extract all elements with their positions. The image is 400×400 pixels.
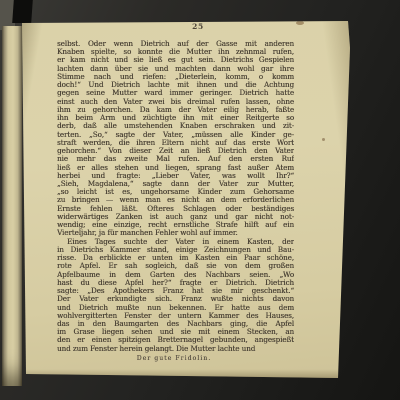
text-line: das in den Baumgarten des Nachbars ging,…: [57, 320, 294, 328]
text-line: zu bringen — wenn man es nicht an dem er…: [57, 196, 294, 204]
text-line: Knaben spielte, so konnte die Mutter ihn…: [57, 48, 294, 56]
text-line: nie mehr das zweite Mal rufen. Auf den e…: [57, 155, 294, 163]
text-line: gegen seine Mutter ward immer geringer. …: [57, 89, 294, 97]
text-line: Der Vater erkundigte sich. Franz wußte n…: [57, 295, 294, 303]
text-line: einst auch den Vater zwei bis dreimal ru…: [57, 98, 294, 106]
text-line: Apfelbaume in dem Garten des Nachbars se…: [57, 271, 294, 279]
text-line: sagte: „Des Apothekers Franz hat sie mir…: [57, 287, 294, 295]
text-line: herbei und fragte: „Lieber Vater, was wo…: [57, 172, 294, 180]
text-line: widerwärtiges Zanken ist auch ganz und g…: [57, 213, 294, 221]
text-line: in Dietrichs Kammer stand, einige Zeichn…: [57, 246, 294, 254]
text-line: wendig; eine einzige, recht ernstliche S…: [57, 221, 294, 229]
text-line: ließ er alles stehen und liegen, sprang …: [57, 164, 294, 172]
text-line: ihm zu gehorchen. Da kam der Vater eilig…: [57, 106, 294, 114]
text-line: gehorchen.“ Von dieser Zeit an ließ Diet…: [57, 147, 294, 155]
text-line: risse. Da erblickte er unten im Kasten e…: [57, 254, 294, 262]
text-line: straft werden, die ihren Eltern nicht au…: [57, 139, 294, 147]
text-line: Eines Tages suchte der Vater in einem Ka…: [57, 238, 294, 246]
text-line: Vierteljahr, ja für manchen Fehler wohl …: [57, 229, 294, 237]
text-line: er kam nicht und sie ließ es gut sein. D…: [57, 56, 294, 64]
text-line: derb, daß alle umstehenden Knaben erschr…: [57, 122, 294, 130]
book-spine-corner: [12, 0, 33, 23]
text-block: selbst. Oder wenn Dietrich auf der Gasse…: [57, 40, 294, 353]
paragraph: Eines Tages suchte der Vater in einem Ka…: [57, 238, 294, 353]
text-line: selbst. Oder wenn Dietrich auf der Gasse…: [57, 40, 294, 48]
text-line: Ernste fehlen läßt. Öfteres Schlagen ode…: [57, 205, 294, 213]
text-line: im Grase liegen sehen und sie mit einem …: [57, 328, 294, 336]
text-line: doch!“ Und Dietrich lachte mit ihnen und…: [57, 81, 294, 89]
text-line: hast du diese Äpfel her?“ fragte er Diet…: [57, 279, 294, 287]
paper-stain: [322, 138, 325, 141]
paragraph: selbst. Oder wenn Dietrich auf der Gasse…: [57, 40, 294, 238]
text-line: „so leicht ist es, ungehorsame Kinder zu…: [57, 188, 294, 196]
text-line: den er einen spitzigen Bretternagel gebu…: [57, 336, 294, 344]
text-line: ihn beim Arm und züchtigte ihn mit einer…: [57, 114, 294, 122]
text-line: lachten dann über sie und machten dann w…: [57, 65, 294, 73]
text-line: Stimme nach und riefen: „Dieterlein, kom…: [57, 73, 294, 81]
text-line: und Dietrich mußte nun bekennen. Er hatt…: [57, 304, 294, 312]
running-footer: Der gute Fridolin.: [114, 355, 234, 362]
book-page: 25 selbst. Oder wenn Dietrich auf der Ga…: [20, 18, 352, 380]
text-line: rote Äpfel. Er sah sogleich, daß sie von…: [57, 262, 294, 270]
paper-stain: [296, 21, 304, 25]
text-line: „Sieh, Magdalena,“ sagte dann der Vater …: [57, 180, 294, 188]
page-number: 25: [168, 22, 228, 31]
book-scan: 25 selbst. Oder wenn Dietrich auf der Ga…: [0, 0, 400, 400]
page-edges: [2, 26, 22, 386]
text-line: und zum Fenster herein gelangt. Die Mutt…: [57, 345, 294, 353]
text-line: wohlvergitterten Fenster der untern Kamm…: [57, 312, 294, 320]
text-line: terten. „So,“ sagte der Vater, „müssen a…: [57, 131, 294, 139]
